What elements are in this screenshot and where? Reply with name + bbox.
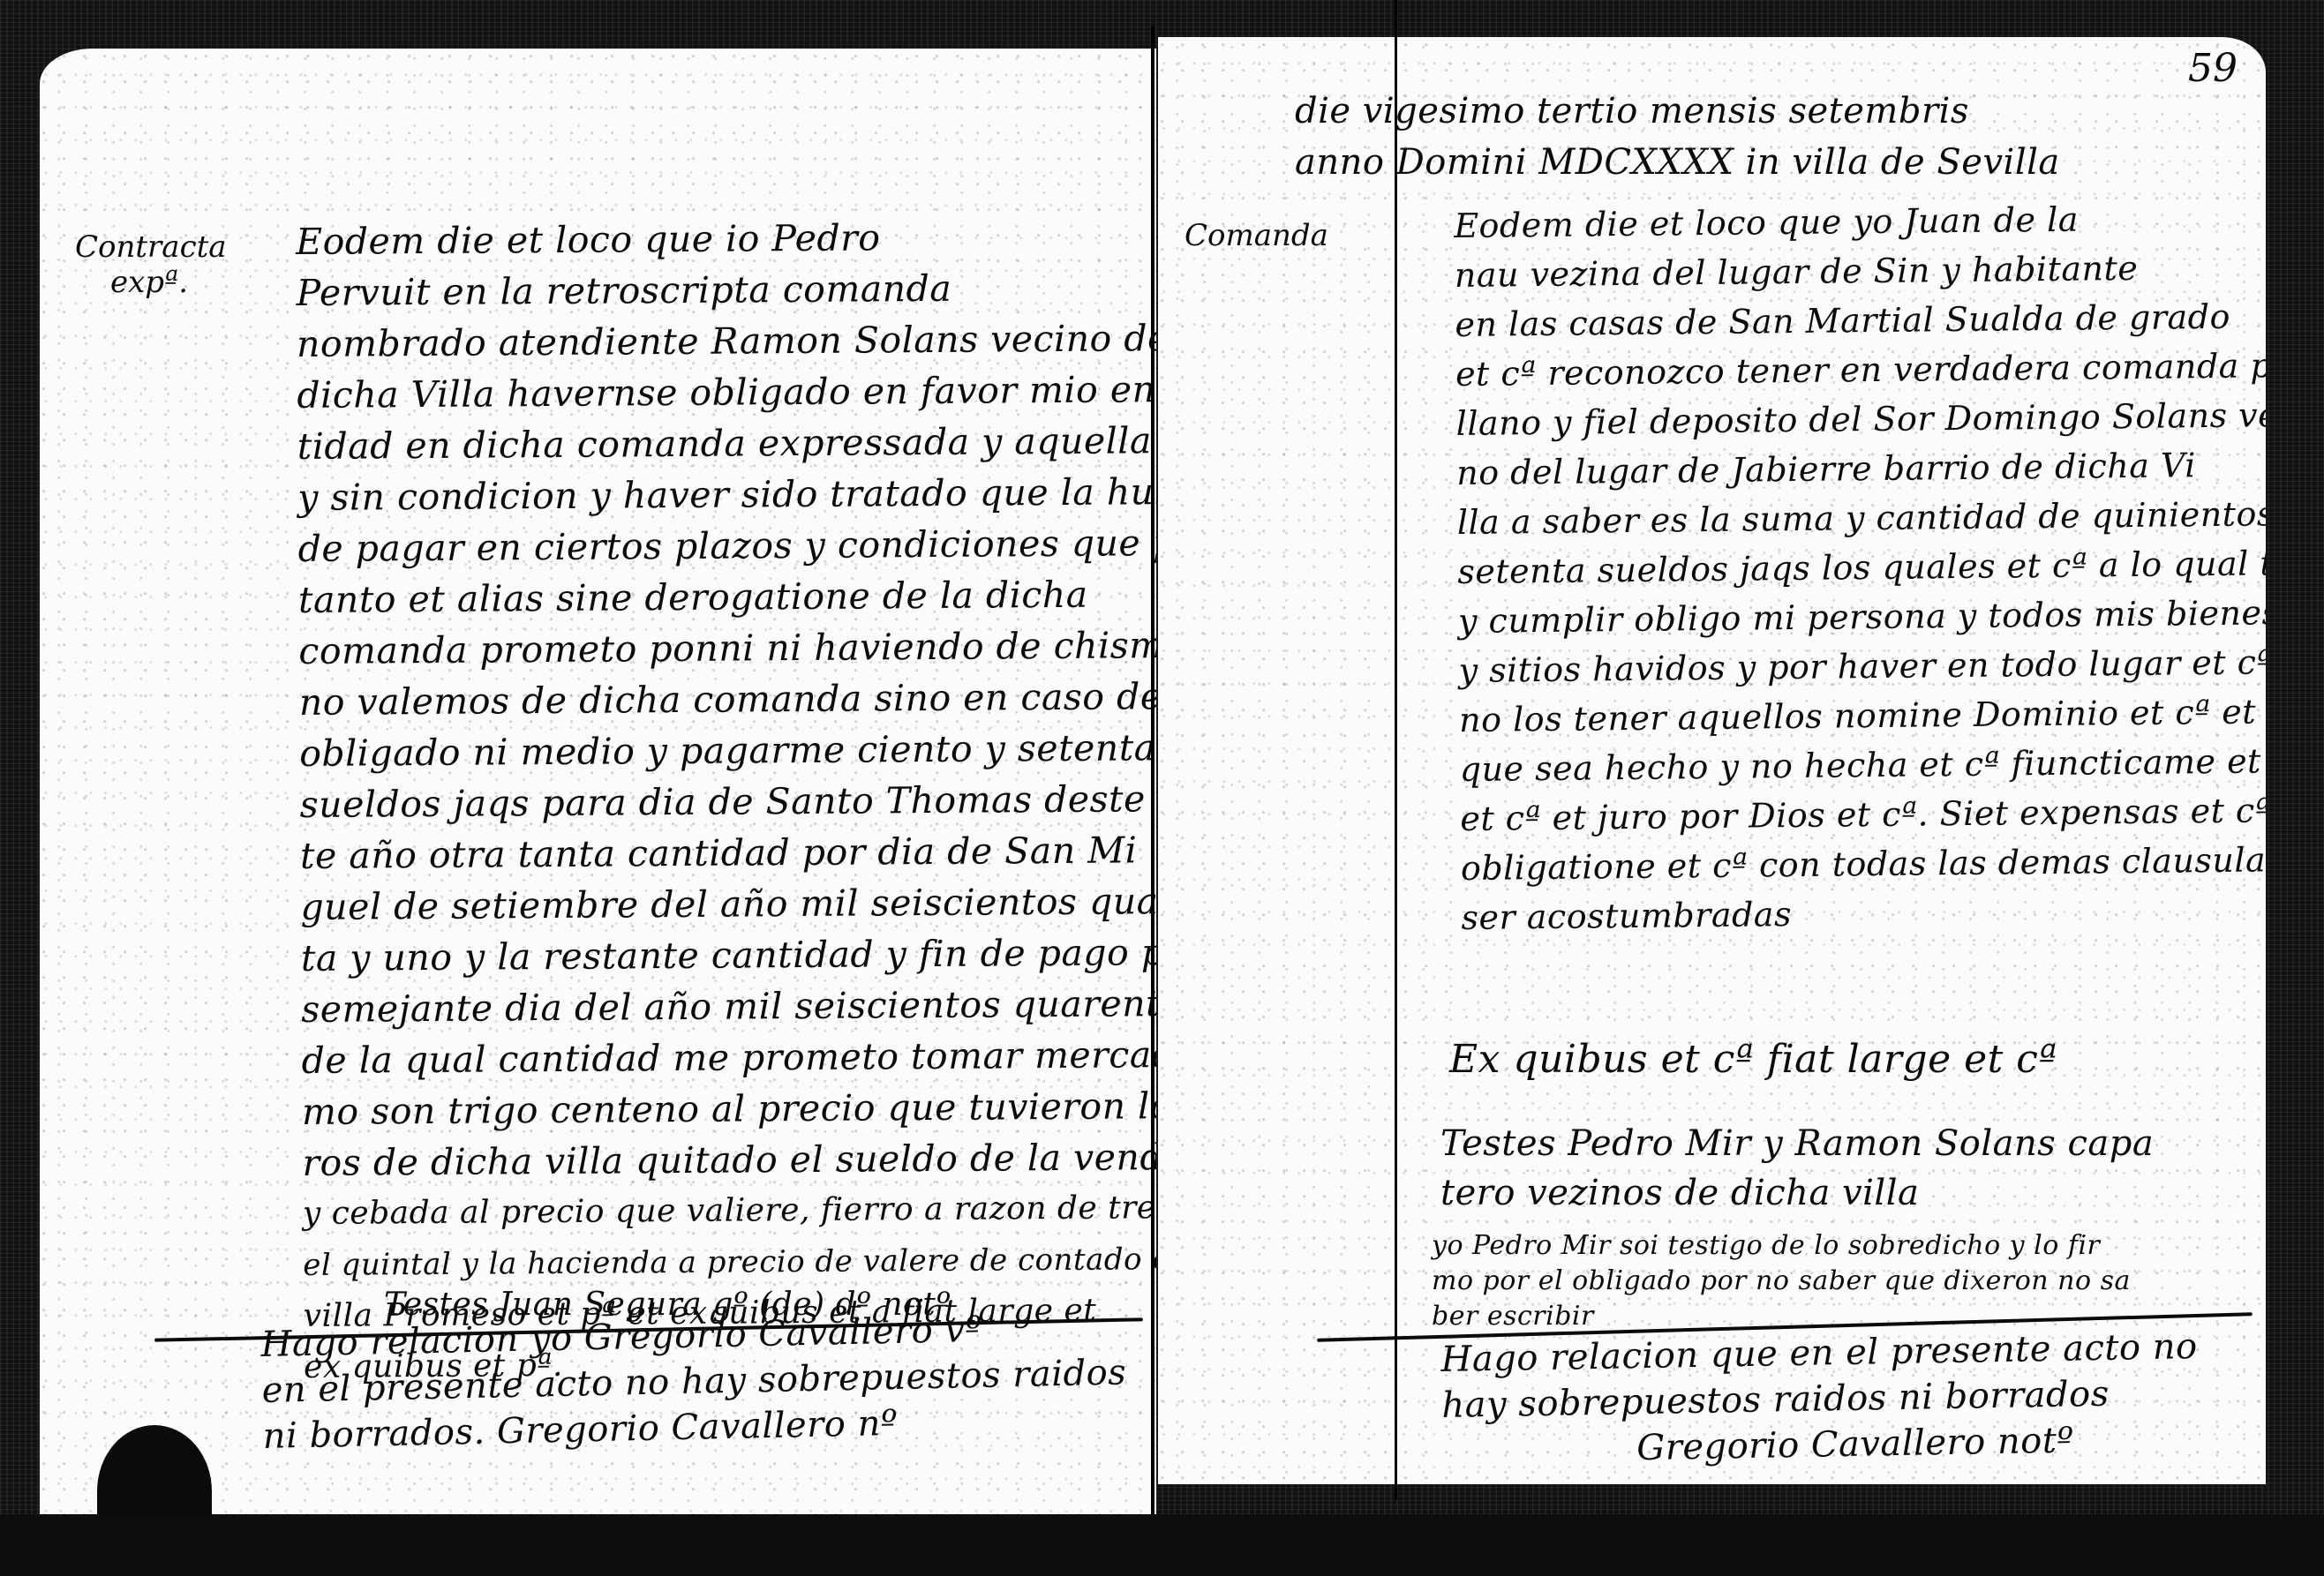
right-closing-line: Ex quibus et cª fiat large et cª	[1449, 1034, 2057, 1085]
margin-note-line: Contracta	[75, 229, 227, 265]
text-line: Pervuit en la retroscripta comanda	[296, 260, 1156, 319]
witness-line: Testes Pedro Mir y Ramon Solans capa	[1440, 1118, 2154, 1167]
right-page: 59 die vigesimo tertio mensis setembris …	[1158, 37, 2266, 1484]
text-line: que sea hecho y no hecha et cª fiunctica…	[1459, 733, 2266, 793]
text-line: no los tener aquellos nomine Dominio et …	[1459, 684, 2266, 744]
text-line: ros de dicha villa quitado el sueldo de …	[302, 1130, 1156, 1189]
signature-line: mo por el obligado por no saber que dixe…	[1432, 1264, 2131, 1299]
text-line: y cebada al precio que valiere, fierro a…	[303, 1182, 1156, 1240]
text-line: semejante dia del año mil seiscientos qu…	[301, 977, 1156, 1035]
margin-note-line: expª.	[75, 265, 227, 300]
text-line: obligatione et cª con todas las demas cl…	[1461, 832, 2266, 892]
text-line: no valemos de dicha comanda sino en caso…	[299, 670, 1156, 728]
text-line: tidad en dicha comanda expressada y aque…	[297, 414, 1156, 472]
text-line: de la qual cantidad me prometo tomar mer…	[301, 1028, 1156, 1086]
text-line: lla a saber es la suma y cantidad de qui…	[1457, 486, 2266, 546]
left-margin-note: Contracta expª.	[75, 229, 227, 300]
text-line: guel de setiembre del año mil seisciento…	[300, 874, 1156, 933]
text-line: de pagar en ciertos plazos y condiciones…	[297, 516, 1156, 574]
witness-line: tero vezinos de dicha villa	[1440, 1167, 2154, 1217]
text-line: ser acostumbradas	[1461, 882, 2266, 942]
text-line: nombrado atendiente Ramon Solans vecino …	[297, 311, 1156, 370]
page-gutter	[1151, 26, 1154, 1544]
text-line: tanto et alias sine derogatione de la di…	[298, 567, 1156, 626]
folio-number: 59	[2188, 46, 2238, 91]
right-page-header: die vigesimo tertio mensis setembris ann…	[1295, 86, 2060, 188]
left-page-body: Eodem die et loco que io Pedro Pervuit e…	[296, 209, 1156, 1393]
text-line: en las casas de San Martial Sualda de gr…	[1455, 289, 2266, 349]
right-page-body: Eodem die et loco que yo Juan de la nau …	[1454, 190, 2266, 942]
right-margin-note: Comanda	[1185, 218, 1328, 253]
left-page: Contracta expª. Eodem die et loco que io…	[40, 49, 1156, 1522]
margin-ruling	[1395, 0, 1397, 1500]
text-line: mo son trigo centeno al precio que tuvie…	[302, 1079, 1156, 1137]
signature-line: yo Pedro Mir soi testigo de lo sobredich…	[1432, 1228, 2131, 1264]
text-line: comanda prometo ponni ni haviendo de chi…	[298, 619, 1156, 677]
left-archivist-note: Hago relacion yo Gregorio Cavallero vº e…	[260, 1301, 1128, 1456]
text-line: Eodem die et loco que yo Juan de la	[1454, 190, 2266, 250]
text-line: obligado ni medio y pagarme ciento y set…	[299, 721, 1156, 779]
text-line: Eodem die et loco que io Pedro	[296, 209, 1156, 267]
right-archivist-note: Hago relacion que en el presente acto no…	[1440, 1321, 2200, 1472]
text-line: setenta sueldos jaqs los quales et cª a …	[1457, 536, 2266, 596]
text-line: y cumplir obligo mi persona y todos mis …	[1458, 585, 2266, 645]
text-line: llano y fiel deposito del Sor Domingo So…	[1455, 387, 2266, 447]
text-line: y sitios havidos y por haver en todo lug…	[1458, 634, 2266, 694]
header-line: anno Domini MDCXXXX in villa de Sevilla	[1295, 137, 2060, 188]
text-line: te año otra tanta cantidad por dia de Sa…	[300, 823, 1156, 882]
text-line: et cª reconozco tener en verdadera coman…	[1455, 338, 2266, 398]
text-line: no del lugar de Jabierre barrio de dicha…	[1456, 437, 2266, 497]
text-line: dicha Villa havernse obligado en favor m…	[297, 363, 1156, 421]
scan-bottom-edge	[0, 1514, 2324, 1576]
text-line: sueldos jaqs para dia de Santo Thomas de…	[299, 772, 1156, 830]
text-line: et cª et juro por Dios et cª. Siet expen…	[1460, 783, 2266, 843]
text-line: y sin condicion y haver sido tratado que…	[297, 465, 1156, 523]
text-line: nau vezina del lugar de Sin y habitante	[1455, 239, 2266, 299]
right-witness-lines: Testes Pedro Mir y Ramon Solans capa ter…	[1440, 1118, 2154, 1217]
header-line: die vigesimo tertio mensis setembris	[1295, 86, 2060, 137]
text-line: ta y uno y la restante cantidad y fin de…	[301, 926, 1156, 984]
